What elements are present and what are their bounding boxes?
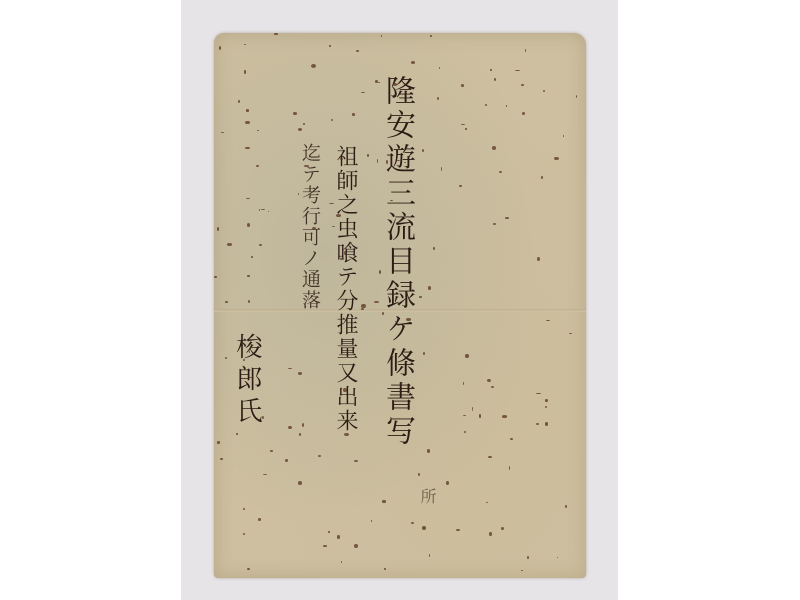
stain-speck (465, 354, 469, 357)
stain-speck (263, 474, 267, 475)
stain-speck (563, 135, 564, 137)
stain-speck (245, 147, 249, 149)
stain-speck (494, 78, 497, 81)
stain-speck (422, 526, 426, 529)
stain-speck (439, 67, 440, 69)
stain-speck (488, 456, 492, 458)
stain-speck (461, 84, 464, 87)
stain-speck (509, 466, 510, 470)
stain-speck (490, 69, 491, 71)
stain-speck (344, 251, 346, 255)
stain-speck (285, 459, 289, 462)
stain-speck (243, 533, 245, 535)
stain-speck (371, 520, 372, 522)
stain-speck (545, 399, 549, 401)
stain-speck (515, 70, 520, 71)
stain-speck (246, 109, 249, 111)
stain-speck (352, 113, 355, 115)
stain-speck (243, 359, 245, 362)
stain-speck (245, 121, 250, 124)
stain-speck (311, 64, 316, 68)
stain-speck (546, 320, 550, 321)
stain-speck (506, 105, 507, 107)
stain-speck (298, 372, 302, 374)
stain-speck (304, 165, 309, 167)
stain-speck (501, 527, 504, 530)
stain-speck (521, 84, 525, 86)
stain-speck (557, 557, 559, 558)
stain-speck (288, 426, 292, 429)
stain-speck (487, 379, 492, 383)
stain-speck (227, 243, 232, 246)
stain-speck (248, 300, 250, 302)
stain-speck (465, 128, 467, 129)
note-column-2: 迄テ考行可ノ通落 (300, 143, 319, 311)
stain-speck (316, 297, 319, 298)
stain-speck (456, 529, 460, 531)
stain-speck (299, 433, 301, 436)
stain-speck (485, 104, 487, 106)
stain-speck (244, 44, 246, 45)
stain-speck (502, 415, 507, 418)
stain-speck (220, 458, 223, 461)
stain-speck (354, 460, 358, 462)
stain-speck (422, 149, 424, 152)
stain-speck (293, 112, 297, 116)
stain-speck (268, 211, 269, 212)
stain-speck (249, 377, 254, 378)
stain-speck (461, 124, 465, 125)
stain-speck (337, 535, 340, 538)
stain-speck (244, 70, 245, 74)
owner-name-column: 梭郎氏 (234, 333, 260, 429)
stain-speck (505, 217, 509, 219)
stain-speck (274, 33, 278, 34)
stain-speck (499, 171, 502, 173)
stain-speck (354, 544, 359, 548)
stain-speck (393, 83, 396, 86)
stain-speck (367, 154, 368, 156)
stain-speck (441, 167, 442, 171)
stain-speck (258, 518, 261, 520)
stain-speck (340, 258, 344, 260)
stain-speck (336, 214, 341, 217)
stain-speck (565, 505, 568, 508)
stain-speck (437, 97, 439, 100)
stain-speck (545, 422, 548, 425)
stain-speck (270, 450, 273, 452)
stain-speck (527, 556, 529, 559)
stain-speck (510, 438, 513, 440)
stain-speck (429, 554, 431, 557)
stain-speck (386, 160, 388, 164)
stain-speck (312, 227, 316, 230)
stain-speck (543, 90, 546, 93)
stain-speck (459, 185, 462, 188)
stain-speck (375, 80, 378, 84)
stain-speck (541, 176, 543, 179)
stain-speck (381, 35, 382, 37)
stain-speck (406, 318, 410, 321)
stain-speck (525, 49, 527, 52)
stain-speck (302, 423, 304, 427)
stain-speck (238, 100, 240, 102)
stain-speck (423, 352, 425, 355)
stain-speck (259, 209, 260, 211)
stain-speck (243, 508, 246, 511)
stain-speck (419, 296, 423, 297)
stain-speck (251, 256, 252, 258)
stain-speck (288, 368, 292, 369)
stain-speck (537, 257, 540, 261)
stain-speck (331, 119, 333, 121)
stain-speck (411, 61, 415, 64)
stain-speck (486, 502, 488, 503)
stain-speck (303, 123, 305, 125)
stain-speck (247, 275, 249, 278)
stain-speck (247, 568, 250, 570)
stain-speck (298, 128, 303, 132)
stain-speck (341, 561, 342, 563)
stain-speck (536, 393, 541, 395)
stain-speck (259, 244, 262, 247)
stain-speck (489, 532, 492, 536)
stain-speck (340, 158, 343, 160)
stain-speck (418, 473, 420, 476)
stain-speck (428, 286, 431, 290)
stain-speck (217, 441, 220, 443)
stain-speck (430, 35, 433, 37)
stain-speck (323, 545, 327, 547)
stain-speck (492, 146, 496, 150)
stain-speck (356, 50, 359, 52)
stain-speck (261, 209, 265, 210)
stain-speck (249, 351, 250, 352)
stain-speck (225, 357, 227, 359)
stain-speck (225, 301, 229, 303)
stain-speck (427, 449, 430, 452)
stain-speck (536, 423, 539, 425)
stain-speck (214, 276, 217, 278)
stain-speck (569, 333, 572, 334)
stain-speck (236, 433, 238, 434)
stain-speck (411, 522, 414, 524)
stain-speck (374, 301, 379, 303)
stain-speck (262, 416, 264, 419)
stain-speck (379, 270, 382, 274)
stain-speck (329, 45, 331, 48)
stain-speck (446, 481, 449, 485)
stain-speck (247, 223, 250, 227)
manuscript-page: 隆安遊三流目録ケ條書写 祖師之虫喰テ分推量又出来 迄テ考行可ノ通落 梭郎氏 所 (214, 33, 586, 578)
stain-speck (361, 308, 364, 310)
stain-speck (361, 304, 365, 308)
stain-speck (554, 157, 559, 160)
stain-speck (382, 500, 385, 502)
stain-speck (377, 159, 379, 163)
stain-speck (361, 92, 364, 93)
stain-speck (217, 227, 219, 231)
stain-speck (344, 433, 349, 436)
title-column: 隆安遊三流目録ケ條書写 (382, 75, 412, 449)
marginal-note: 所 (419, 488, 435, 506)
stain-speck (576, 95, 577, 98)
stain-speck (256, 165, 259, 168)
stain-speck (463, 382, 464, 384)
stain-speck (219, 46, 221, 50)
stain-speck (463, 415, 466, 416)
stain-speck (491, 386, 494, 388)
stain-speck (318, 455, 321, 457)
stain-speck (521, 570, 523, 571)
stain-speck (328, 531, 331, 533)
stain-speck (464, 431, 466, 433)
stain-speck (545, 406, 547, 408)
stain-speck (433, 247, 435, 251)
stain-speck (246, 198, 249, 199)
stain-speck (384, 568, 385, 570)
stain-speck (257, 130, 259, 131)
stain-speck (493, 223, 496, 226)
stain-speck (479, 414, 482, 418)
stain-speck (221, 132, 225, 133)
stain-speck (522, 112, 525, 115)
stain-speck (298, 481, 302, 485)
